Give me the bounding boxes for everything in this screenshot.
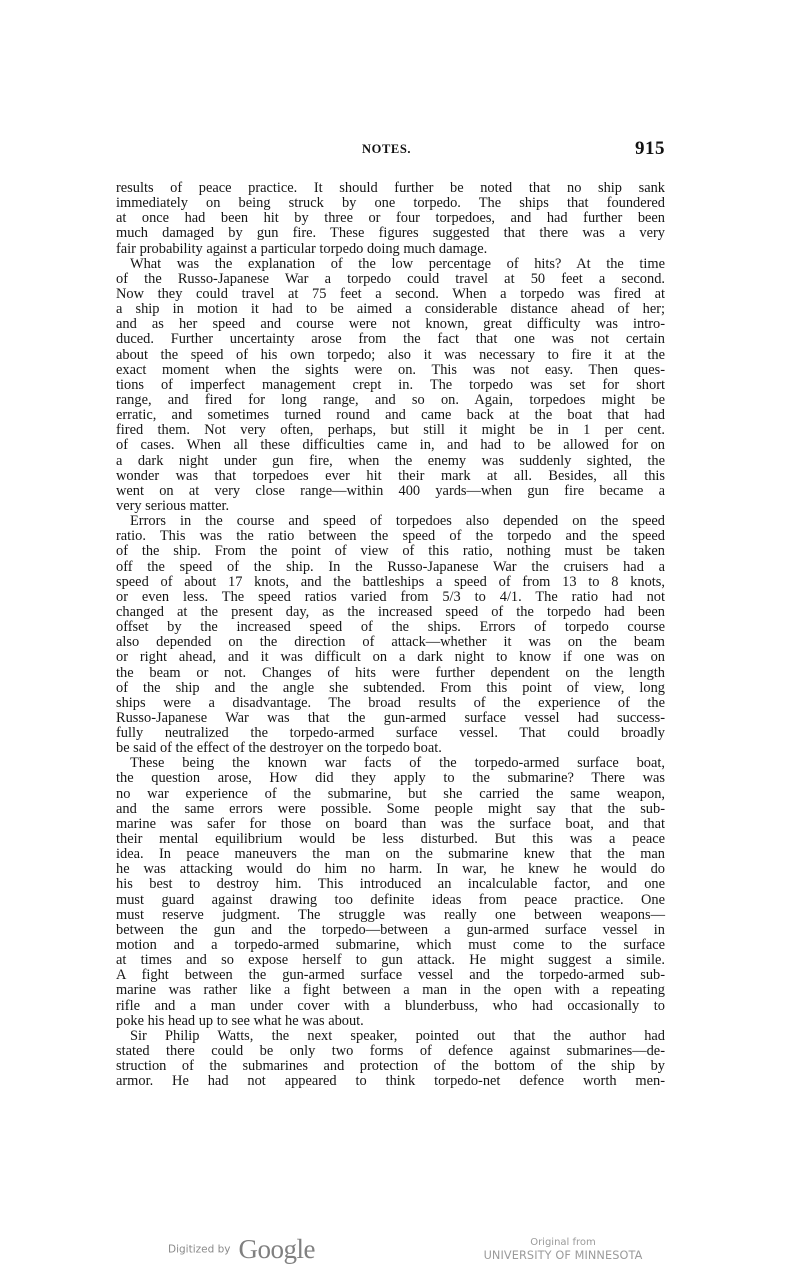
text-line: erratic, and sometimes turned round and …: [116, 408, 665, 423]
text-line: his best to destroy him. This introduced…: [116, 877, 665, 892]
text-line: A fight between the gun-armed surface ve…: [116, 968, 665, 983]
text-line: rifle and a man under cover with a blund…: [116, 999, 665, 1014]
text-line: much damaged by gun fire. These figures …: [116, 226, 665, 241]
text-line: speed of about 17 knots, and the battles…: [116, 575, 665, 590]
text-line: immediately on being struck by one torpe…: [116, 196, 665, 211]
text-line: Sir Philip Watts, the next speaker, poin…: [116, 1029, 665, 1044]
text-line: fully neutralized the torpedo-armed surf…: [116, 726, 665, 741]
paragraph: results of peace practice. It should fur…: [116, 181, 665, 257]
body-text: results of peace practice. It should fur…: [116, 181, 665, 1089]
text-line: motion and a torpedo-armed submarine, wh…: [116, 938, 665, 953]
text-line: duced. Further uncertainty arose from th…: [116, 332, 665, 347]
text-line: and as her speed and course were not kno…: [116, 317, 665, 332]
text-line: or even less. The speed ratios varied fr…: [116, 590, 665, 605]
paragraph: These being the known war facts of the t…: [116, 756, 665, 1029]
scanned-page: NOTES. 915 results of peace practice. It…: [0, 0, 800, 1276]
original-source-watermark: Original from UNIVERSITY OF MINNESOTA: [478, 1237, 648, 1263]
paragraph: Errors in the course and speed of torped…: [116, 514, 665, 756]
text-line: he was attacking would do him no harm. I…: [116, 862, 665, 877]
text-line: marine was safer for those on board than…: [116, 817, 665, 832]
text-line: struction of the submarines and protecti…: [116, 1059, 665, 1074]
text-line: What was the explanation of the low perc…: [116, 257, 665, 272]
text-line: at times and so expose herself to gun at…: [116, 953, 665, 968]
text-line: stated there could be only two forms of …: [116, 1044, 665, 1059]
text-line: poke his head up to see what he was abou…: [116, 1014, 665, 1029]
text-line: Errors in the course and speed of torped…: [116, 514, 665, 529]
text-line: no war experience of the submarine, but …: [116, 787, 665, 802]
text-line: tions of imperfect management crept in. …: [116, 378, 665, 393]
text-line: marine was rather like a fight between a…: [116, 983, 665, 998]
text-line: about the speed of his own torpedo; also…: [116, 348, 665, 363]
text-line: off the speed of the ship. In the Russo-…: [116, 560, 665, 575]
text-line: also depended on the direction of attack…: [116, 635, 665, 650]
digitized-by-google-watermark: Digitized by Google: [168, 1234, 315, 1266]
text-line: idea. In peace maneuvers the man on the …: [116, 847, 665, 862]
text-line: between the gun and the torpedo—between …: [116, 923, 665, 938]
text-line: very serious matter.: [116, 499, 665, 514]
text-line: be said of the effect of the destroyer o…: [116, 741, 665, 756]
text-line: wonder was that torpedoes ever hit their…: [116, 469, 665, 484]
google-logo: Google: [238, 1234, 314, 1264]
text-line: range, and fired for long range, and so …: [116, 393, 665, 408]
text-line: and the same errors were possible. Some …: [116, 802, 665, 817]
text-line: at once had been hit by three or four to…: [116, 211, 665, 226]
text-line: ships were a disadvantage. The broad res…: [116, 696, 665, 711]
text-line: of the Russo-Japanese War a torpedo coul…: [116, 272, 665, 287]
text-line: went on at very close range—within 400 y…: [116, 484, 665, 499]
text-line: or right ahead, and it was difficult on …: [116, 650, 665, 665]
institution-name: UNIVERSITY OF MINNESOTA: [478, 1249, 648, 1263]
text-line: ratio. This was the ratio between the sp…: [116, 529, 665, 544]
text-line: fired them. Not very often, perhaps, but…: [116, 423, 665, 438]
text-line: a ship in motion it had to be aimed a co…: [116, 302, 665, 317]
text-line: the question arose, How did they apply t…: [116, 771, 665, 786]
text-line: armor. He had not appeared to think torp…: [116, 1074, 665, 1089]
text-line: results of peace practice. It should fur…: [116, 181, 665, 196]
text-line: These being the known war facts of the t…: [116, 756, 665, 771]
text-line: of the ship and the angle she subtended.…: [116, 681, 665, 696]
text-line: their mental equilibrium would be less d…: [116, 832, 665, 847]
text-line: Russo-Japanese War was that the gun-arme…: [116, 711, 665, 726]
text-line: of the ship. From the point of view of t…: [116, 544, 665, 559]
text-line: of cases. When all these difficulties ca…: [116, 438, 665, 453]
text-line: must reserve judgment. The struggle was …: [116, 908, 665, 923]
text-line: changed at the present day, as the incre…: [116, 605, 665, 620]
text-line: fair probability against a particular to…: [116, 242, 665, 257]
text-line: exact moment when the sights were on. Th…: [116, 363, 665, 378]
text-line: offset by the increased speed of the shi…: [116, 620, 665, 635]
running-head-title: NOTES.: [362, 142, 411, 157]
running-head: NOTES. 915: [116, 140, 665, 164]
paragraph: What was the explanation of the low perc…: [116, 257, 665, 514]
paragraph: Sir Philip Watts, the next speaker, poin…: [116, 1029, 665, 1090]
text-line: must guard against drawing too definite …: [116, 893, 665, 908]
text-line: a dark night under gun fire, when the en…: [116, 454, 665, 469]
original-from-label: Original from: [478, 1237, 648, 1249]
text-line: Now they could travel at 75 feet a secon…: [116, 287, 665, 302]
digitized-by-label: Digitized by: [168, 1244, 230, 1256]
text-line: the beam or not. Changes of hits were fu…: [116, 666, 665, 681]
page-number: 915: [635, 138, 665, 160]
